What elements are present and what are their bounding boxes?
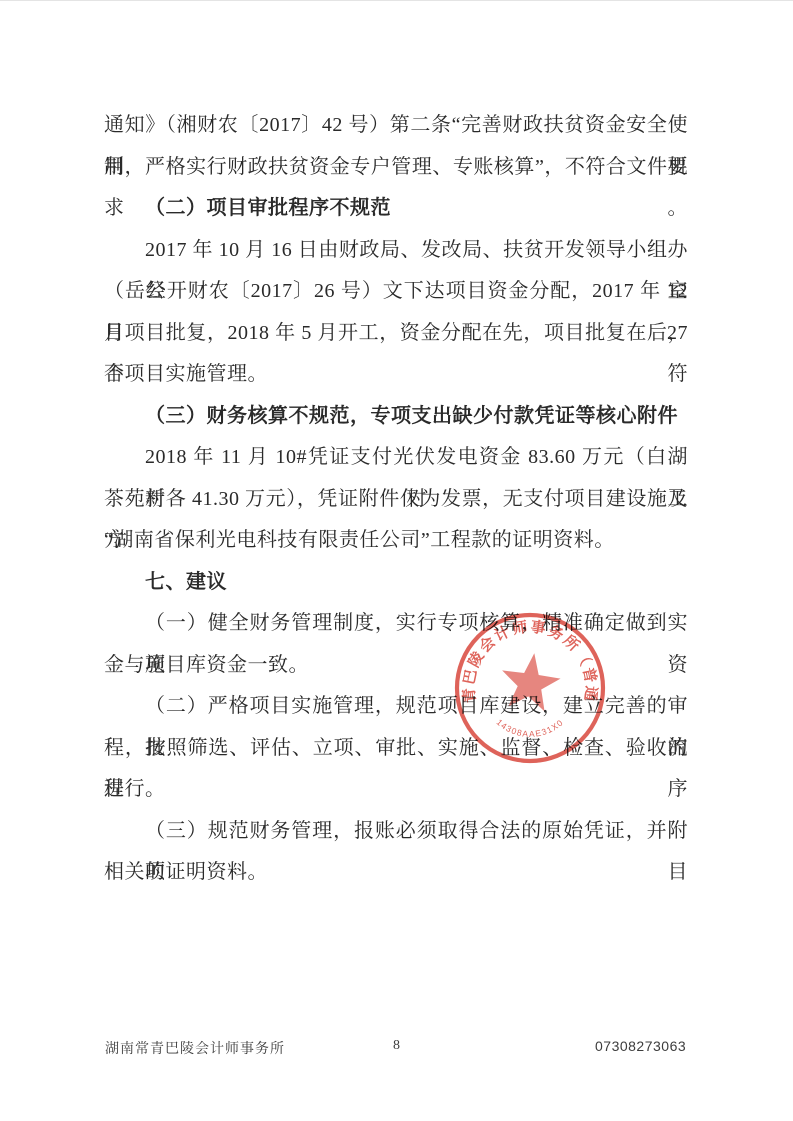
text-line: 通知》（湘财农〔2017〕42 号）第二条“完善财政扶贫资金安全使用机 (104, 105, 688, 147)
text-line: 茶苑村各 41.30 万元），凭证附件仅为发票，无支付项目建设施工方 (104, 479, 688, 521)
text-line: 2017 年 10 月 16 日由财政局、发改局、扶贫开发领导小组办公室 (104, 230, 688, 272)
text-line: 制，严格实行财政扶贫资金专户管理、专账核算”，不符合文件要求。 (104, 147, 688, 189)
text-line: 2018 年 11 月 10#凭证支付光伏发电资金 83.60 万元（白湖新村及 (104, 437, 688, 479)
text-line: 程，按照筛选、评估、立项、审批、实施、监督、检查、验收的程序 (104, 728, 688, 770)
section-heading: 七、建议 (104, 562, 688, 604)
text-line: （岳经开财农〔2017〕26 号）文下达项目资金分配，2017 年 12 月 2… (104, 271, 688, 313)
text-line: （三）规范财务管理，报账必须取得合法的原始凭证，并附项目 (104, 811, 688, 853)
text-line: “湖南省保利光电科技有限责任公司”工程款的证明资料。 (104, 520, 688, 562)
document-body: 通知》（湘财农〔2017〕42 号）第二条“完善财政扶贫资金安全使用机制，严格实… (104, 105, 688, 894)
scanned-audit-report-page: { "colors": { "ink": "#2a2a2a", "seal_re… (0, 0, 793, 1121)
section-heading: （三）财务核算不规范，专项支出缺少付款凭证等核心附件 (104, 396, 688, 438)
text-line: 日项目批复，2018 年 5 月开工，资金分配在先，项目批复在后，不符 (104, 313, 688, 355)
text-line: （一）健全财务管理制度，实行专项核算，精准确定做到实施资 (104, 603, 688, 645)
text-line: （二）严格项目实施管理，规范项目库建设，建立完善的审批流 (104, 686, 688, 728)
footer-doc-code: 07308273063 (595, 1038, 686, 1054)
page-edge-shadow (0, 0, 793, 1)
